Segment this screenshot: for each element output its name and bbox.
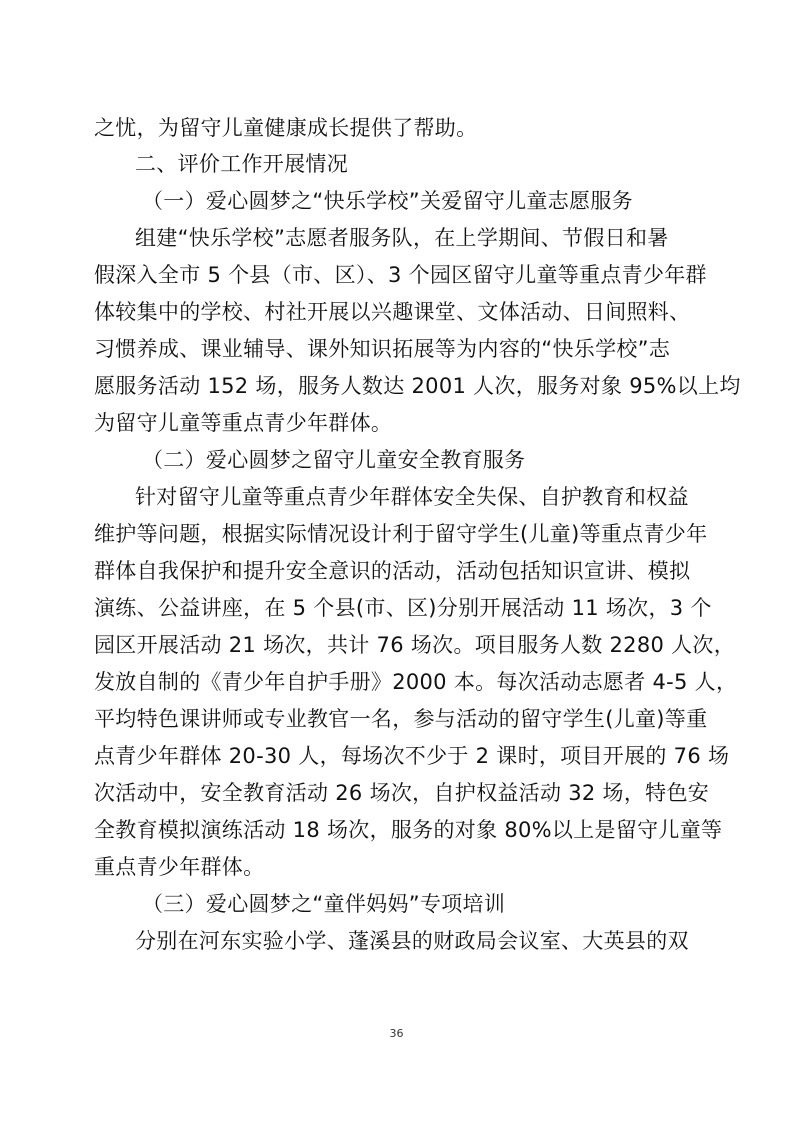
paragraph-2-line: 发放自制的《青少年自护手册》2000 本。每次活动志愿者 4-5 人， bbox=[94, 668, 714, 696]
page-number: 36 bbox=[0, 1027, 793, 1040]
paragraph-2-line: 针对留守儿童等重点青少年群体安全失保、自护教育和权益 bbox=[135, 483, 755, 511]
paragraph-2-line: 演练、公益讲座，在 5 个县(市、区)分别开展活动 11 场次，3 个 bbox=[94, 594, 714, 622]
paragraph-2-line: 次活动中，安全教育活动 26 场次，自护权益活动 32 场，特色安 bbox=[94, 779, 714, 807]
paragraph-1-line: 体较集中的学校、村社开展以兴趣课堂、文体活动、日间照料、 bbox=[94, 298, 714, 326]
paragraph-1-line: 愿服务活动 152 场，服务人数达 2001 人次，服务对象 95%以上均 bbox=[94, 372, 714, 400]
document-page: 之忧，为留守儿童健康成长提供了帮助。 二、评价工作开展情况 （一）爱心圆梦之“快… bbox=[0, 0, 793, 1122]
paragraph-1-line: 习惯养成、课业辅导、课外知识拓展等为内容的“快乐学校”志 bbox=[94, 335, 714, 363]
paragraph-2-line: 平均特色课讲师或专业教官一名，参与活动的留守学生(儿童)等重 bbox=[94, 705, 714, 733]
paragraph-2-line: 维护等问题，根据实际情况设计利于留守学生(儿童)等重点青少年 bbox=[94, 520, 714, 548]
paragraph-2-line: 全教育模拟演练活动 18 场次，服务的对象 80%以上是留守儿童等 bbox=[94, 816, 714, 844]
paragraph-2-line: 群体自我保护和提升安全意识的活动，活动包括知识宣讲、模拟 bbox=[94, 557, 714, 585]
paragraph-1-line: 为留守儿童等重点青少年群体。 bbox=[94, 409, 714, 437]
subsection-heading-1: （一）爱心圆梦之“快乐学校”关爱留守儿童志愿服务 bbox=[142, 187, 762, 215]
subsection-heading-2: （二）爱心圆梦之留守儿童安全教育服务 bbox=[142, 446, 762, 474]
paragraph-continuation: 之忧，为留守儿童健康成长提供了帮助。 bbox=[94, 114, 714, 142]
section-heading: 二、评价工作开展情况 bbox=[135, 150, 755, 178]
paragraph-1-line: 组建“快乐学校”志愿者服务队，在上学期间、节假日和暑 bbox=[135, 224, 755, 252]
paragraph-2-line: 园区开展活动 21 场次，共计 76 场次。项目服务人数 2280 人次， bbox=[94, 631, 714, 659]
subsection-heading-3: （三）爱心圆梦之“童伴妈妈”专项培训 bbox=[142, 890, 762, 918]
paragraph-1-line: 假深入全市 5 个县（市、区）、3 个园区留守儿童等重点青少年群 bbox=[94, 261, 714, 289]
paragraph-2-line: 重点青少年群体。 bbox=[94, 853, 714, 881]
paragraph-3-line: 分别在河东实验小学、蓬溪县的财政局会议室、大英县的双 bbox=[135, 927, 755, 955]
paragraph-2-line: 点青少年群体 20-30 人，每场次不少于 2 课时，项目开展的 76 场 bbox=[94, 742, 714, 770]
